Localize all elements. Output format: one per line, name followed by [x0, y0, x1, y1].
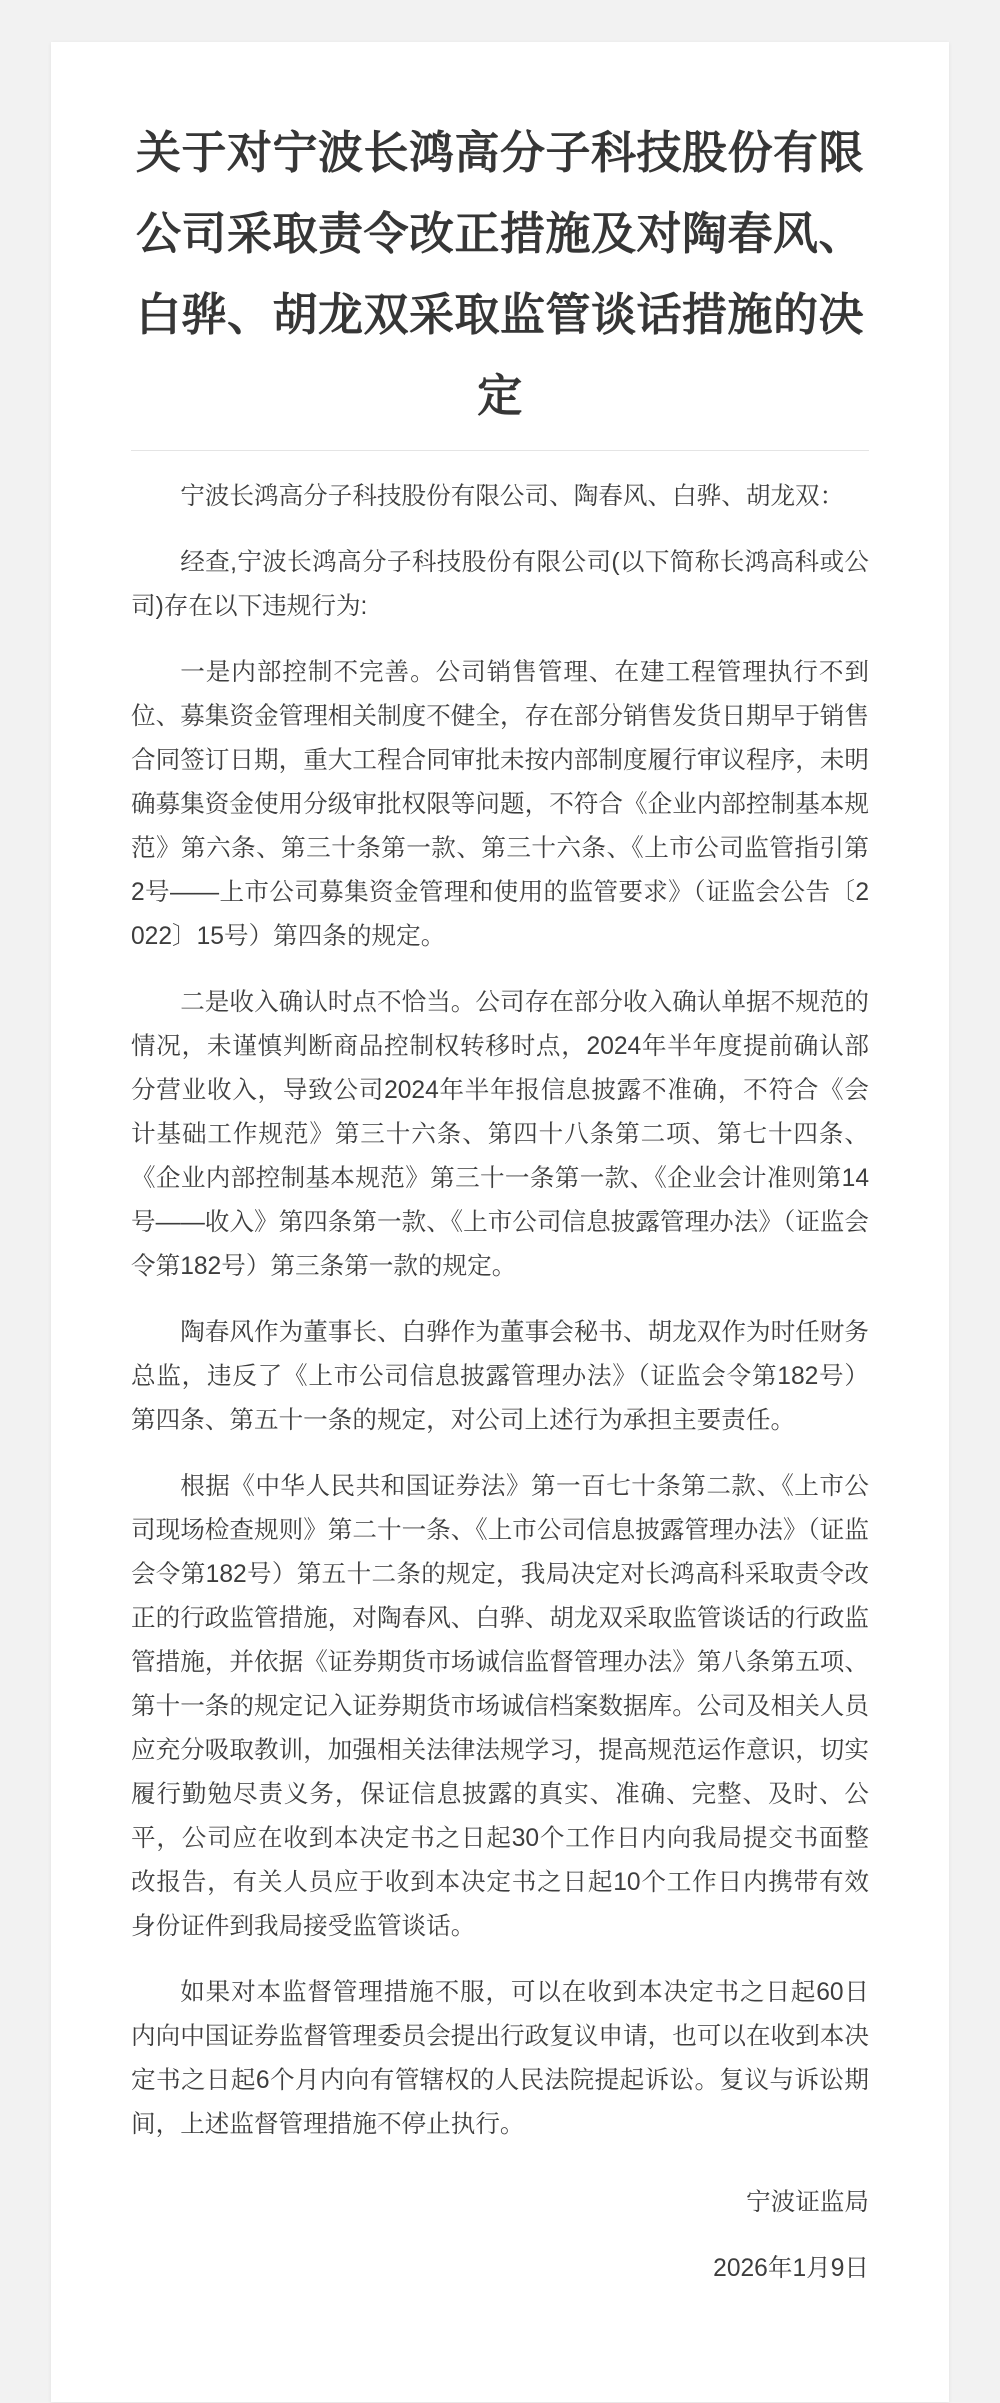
- paragraph-salutation: 宁波长鸿高分子科技股份有限公司、陶春风、白骅、胡龙双：: [131, 475, 869, 519]
- page-background: { "colors": { "page_background": "#f2f2f…: [0, 0, 1000, 2403]
- paragraph-intro: 经查,宁波长鸿高分子科技股份有限公司(以下简称长鸿高科或公司)存在以下违规行为:: [131, 541, 869, 629]
- document-date: 2026年1月9日: [131, 2247, 869, 2291]
- signature: 宁波证监局: [131, 2181, 869, 2225]
- paragraph-violation-2: 二是收入确认时点不恰当。公司存在部分收入确认单据不规范的情况，未谨慎判断商品控制…: [131, 981, 869, 1289]
- paragraph-appeal: 如果对本监督管理措施不服，可以在收到本决定书之日起60日内向中国证券监督管理委员…: [131, 1971, 869, 2147]
- document-body: 宁波长鸿高分子科技股份有限公司、陶春风、白骅、胡龙双： 经查,宁波长鸿高分子科技…: [131, 475, 869, 2291]
- paragraph-decision: 根据《中华人民共和国证券法》第一百七十条第二款、《上市公司现场检查规则》第二十一…: [131, 1465, 869, 1949]
- title-divider: [131, 450, 869, 451]
- paragraph-responsibility: 陶春风作为董事长、白骅作为董事会秘书、胡龙双作为时任财务总监，违反了《上市公司信…: [131, 1311, 869, 1443]
- document-title: 关于对宁波长鸿高分子科技股份有限公司采取责令改正措施及对陶春风、白骅、胡龙双采取…: [131, 112, 869, 436]
- paragraph-violation-1: 一是内部控制不完善。公司销售管理、在建工程管理执行不到位、募集资金管理相关制度不…: [131, 651, 869, 959]
- document-card: 关于对宁波长鸿高分子科技股份有限公司采取责令改正措施及对陶春风、白骅、胡龙双采取…: [51, 42, 949, 2402]
